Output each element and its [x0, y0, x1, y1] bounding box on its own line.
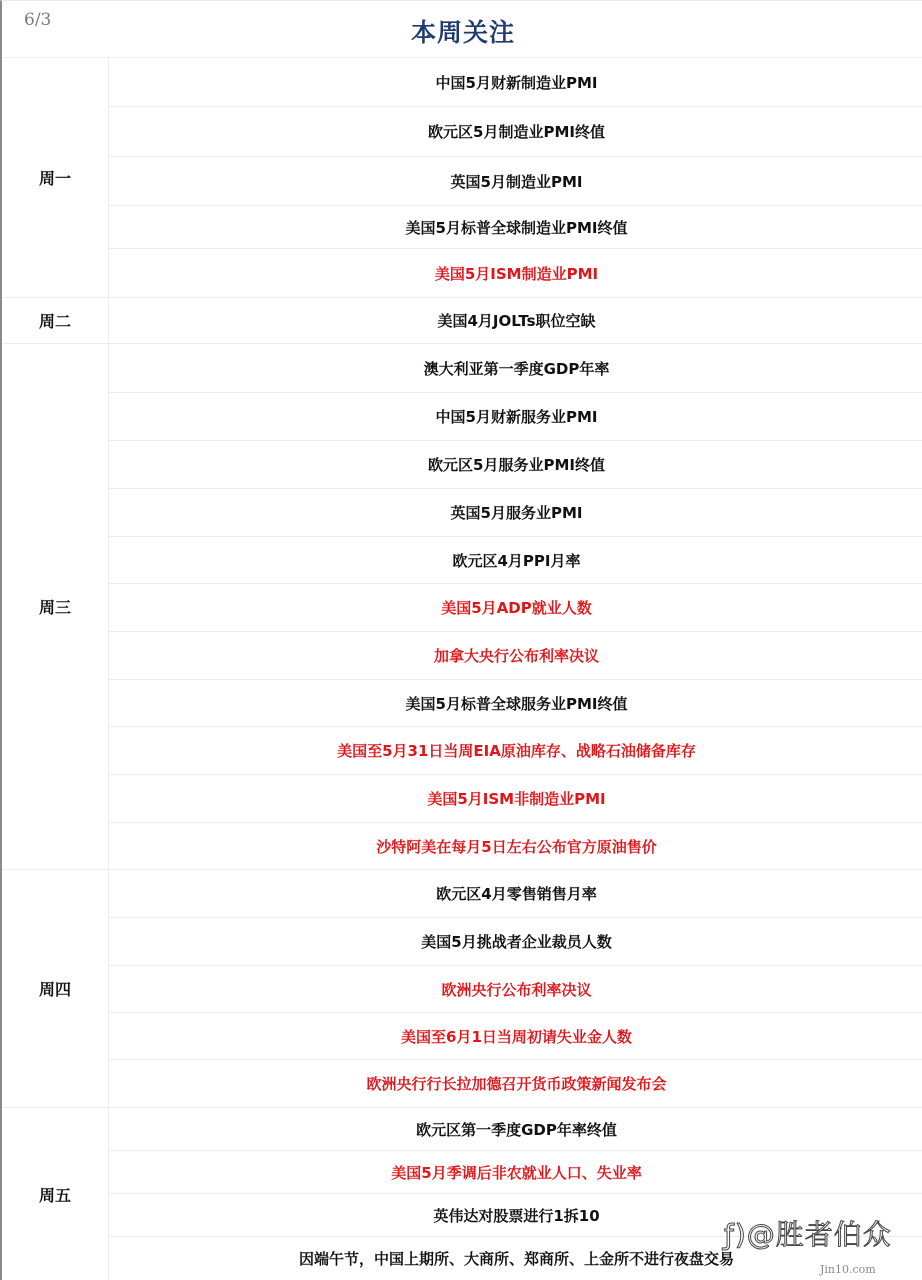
- day-label: 周五: [2, 1108, 109, 1280]
- event-row-highlighted: 美国5月ISM非制造业PMI: [109, 775, 922, 823]
- event-row: 澳大利亚第一季度GDP年率: [109, 344, 922, 393]
- event-row: 美国4月JOLTs职位空缺: [109, 298, 922, 344]
- event-row: 欧元区5月制造业PMI终值: [109, 107, 922, 157]
- day-label: 周三: [2, 344, 109, 870]
- event-row: 英国5月制造业PMI: [109, 157, 922, 206]
- watermark-author: ƒ)@胜者伯众: [724, 1213, 892, 1253]
- page-frame: 6/3 本周关注 周一中国5月财新制造业PMI欧元区5月制造业PMI终值英国5月…: [0, 0, 922, 1280]
- event-row-highlighted: 美国至6月1日当周初请失业金人数: [109, 1013, 922, 1060]
- event-row-highlighted: 欧洲央行行长拉加德召开货币政策新闻发布会: [109, 1060, 922, 1108]
- day-label: 周四: [2, 870, 109, 1108]
- event-row: 欧元区第一季度GDP年率终值: [109, 1108, 922, 1151]
- event-row-highlighted: 美国至5月31日当周EIA原油库存、战略石油储备库存: [109, 727, 922, 775]
- event-row: 中国5月财新制造业PMI: [109, 58, 922, 107]
- event-row-highlighted: 加拿大央行公布利率决议: [109, 632, 922, 680]
- watermark-site: Jin10.com: [820, 1263, 876, 1276]
- event-row-highlighted: 沙特阿美在每月5日左右公布官方原油售价: [109, 823, 922, 870]
- event-row-highlighted: 美国5月ADP就业人数: [109, 584, 922, 632]
- event-row: 美国5月挑战者企业裁员人数: [109, 918, 922, 966]
- event-row: 美国5月标普全球制造业PMI终值: [109, 206, 922, 249]
- event-row: 欧元区4月PPI月率: [109, 537, 922, 584]
- event-row: 欧元区5月服务业PMI终值: [109, 441, 922, 489]
- event-row-highlighted: 美国5月ISM制造业PMI: [109, 249, 922, 298]
- event-row-highlighted: 美国5月季调后非农就业人口、失业率: [109, 1151, 922, 1194]
- event-row: 美国5月标普全球服务业PMI终值: [109, 680, 922, 727]
- page-title: 本周关注: [2, 13, 922, 49]
- event-row: 英国5月服务业PMI: [109, 489, 922, 537]
- header: 6/3 本周关注: [2, 1, 922, 58]
- event-row: 中国5月财新服务业PMI: [109, 393, 922, 441]
- event-row: 欧元区4月零售销售月率: [109, 870, 922, 918]
- day-label: 周一: [2, 58, 109, 298]
- day-label: 周二: [2, 298, 109, 344]
- event-row-highlighted: 欧洲央行公布利率决议: [109, 966, 922, 1013]
